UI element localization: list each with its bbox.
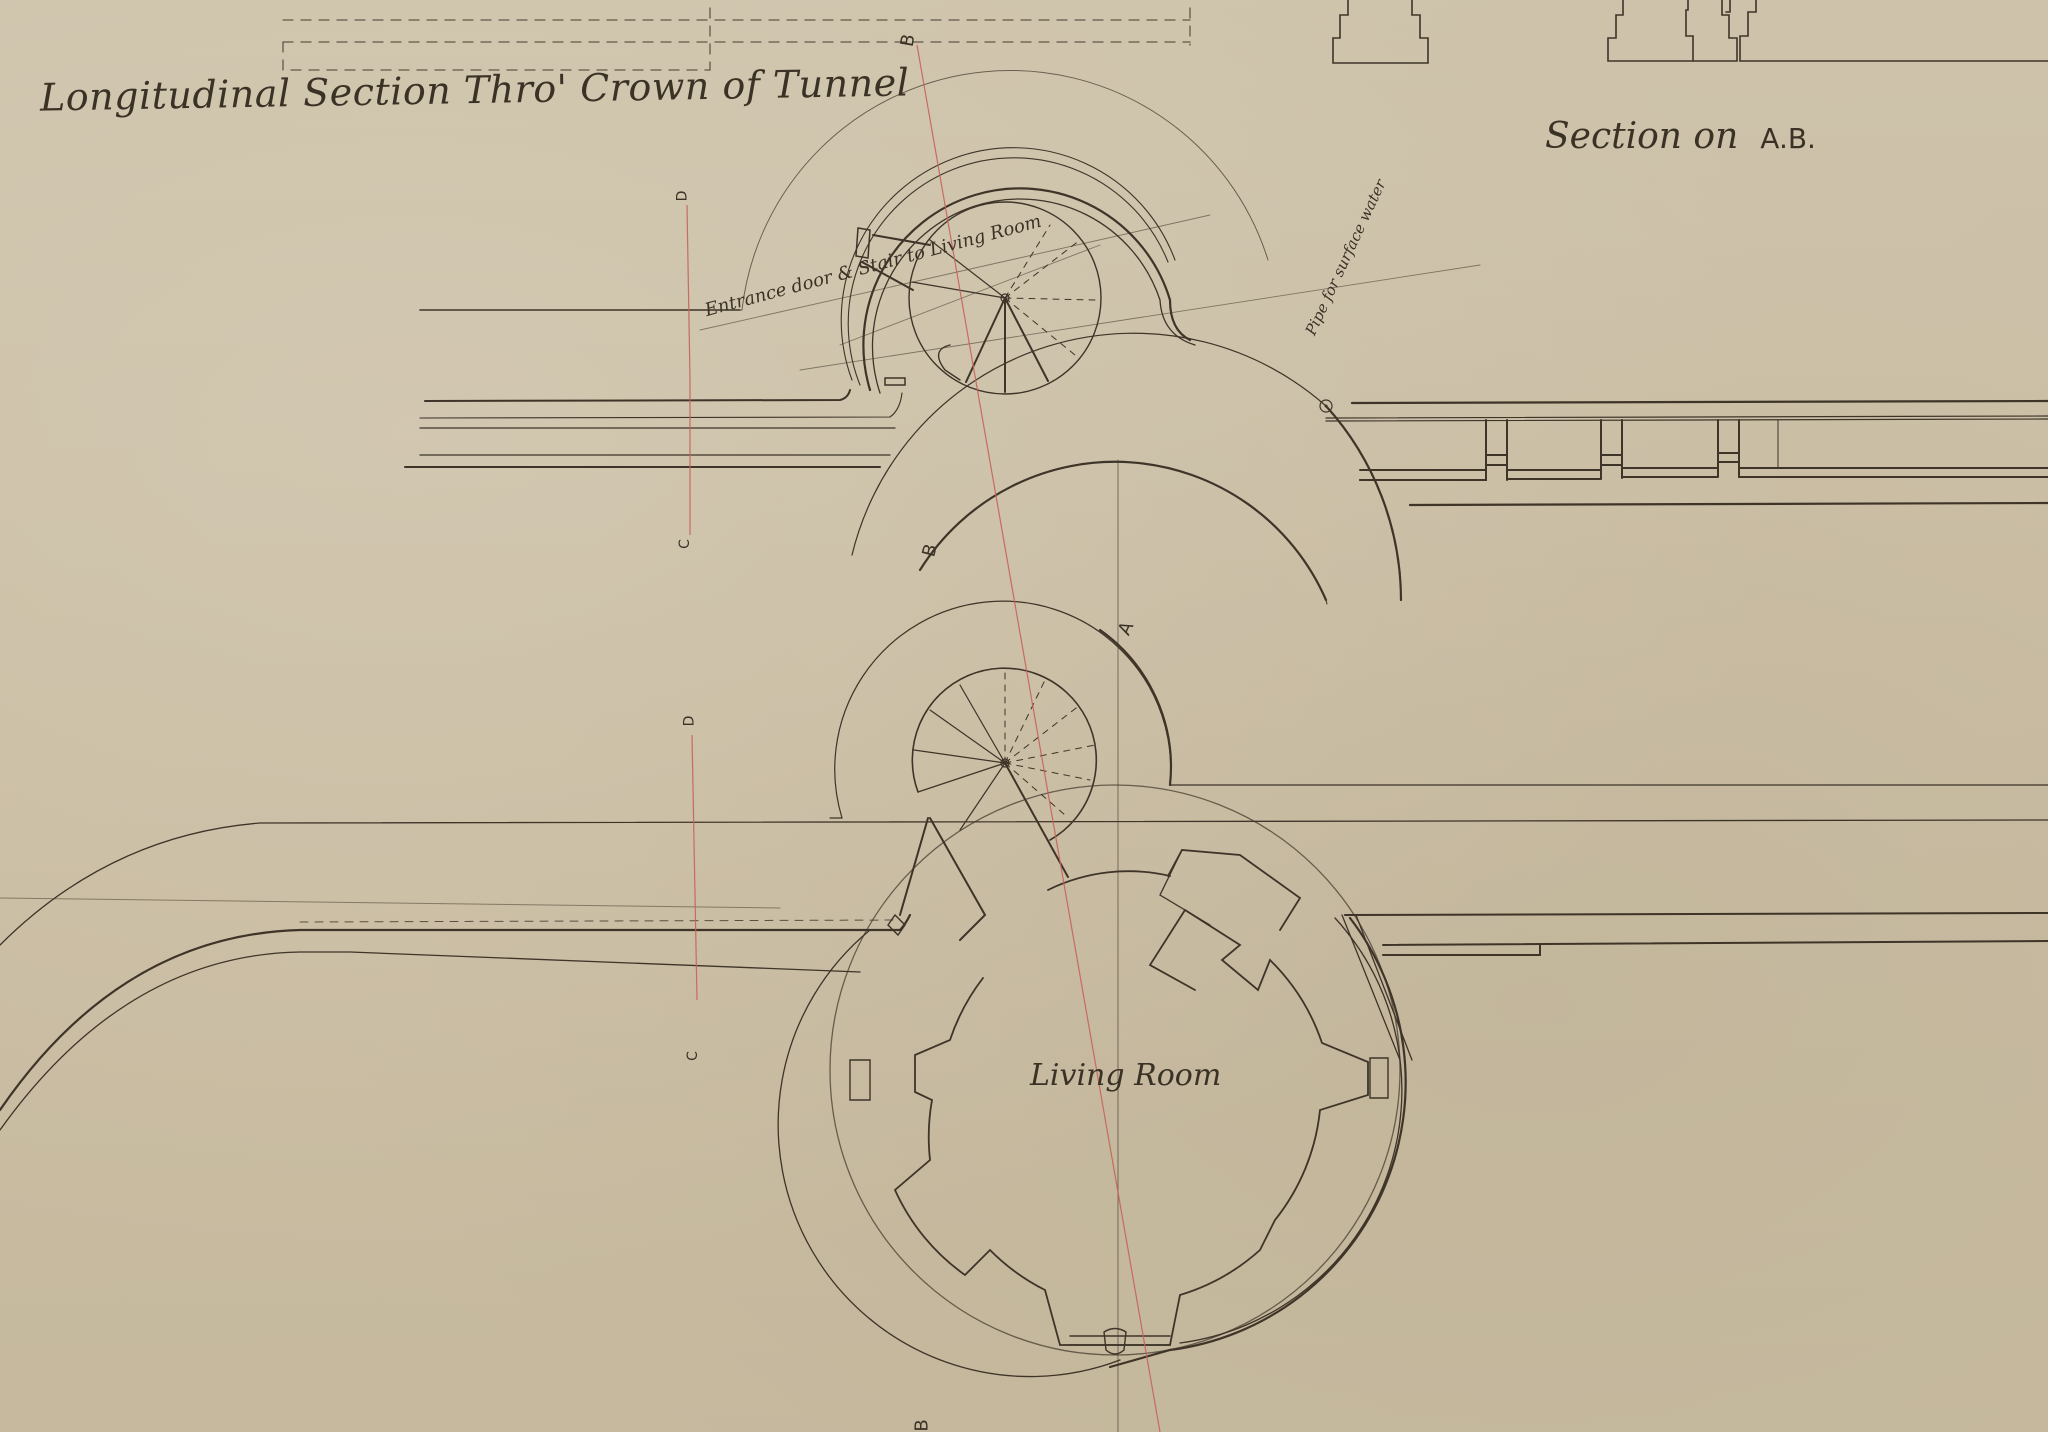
section-mark-bottom-b: B [912, 1419, 933, 1431]
middle-arcs [852, 333, 1401, 604]
section-ab-title-text: Section on [1545, 116, 1738, 157]
section-mark-c-upper: C [677, 539, 693, 549]
section-mark-c-lower: C [685, 1051, 701, 1061]
upper-right-tunnel [1326, 401, 2048, 505]
section-ab-piers [1333, 0, 2048, 63]
lower-right-tunnel [1342, 913, 2048, 1060]
section-line-cd-upper [687, 205, 690, 380]
lower-stair-enclosure [830, 601, 2048, 818]
section-mark-d-lower: D [681, 716, 697, 727]
drawing-sheet: Longitudinal Section Thro' Crown of Tunn… [0, 0, 2048, 1432]
longitudinal-section-outline [283, 8, 1190, 70]
lower-curved-tunnel [0, 820, 2048, 1130]
section-line-cd-lower [692, 735, 697, 1000]
section-mark-d-upper: D [674, 191, 690, 202]
section-ab-title: Section onA.B. [1545, 116, 1816, 157]
living-room-label: Living Room [1030, 1058, 1221, 1093]
section-ab-ref: A.B. [1760, 122, 1816, 155]
upper-tunnel-walls [405, 310, 902, 467]
